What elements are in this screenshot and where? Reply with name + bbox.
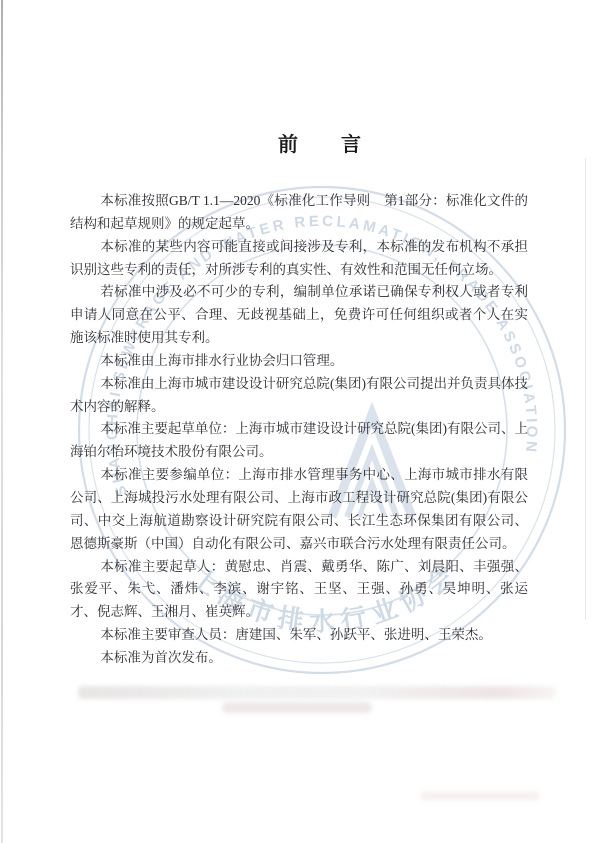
paragraph-administration: 本标准由上海市排水行业协会归口管理。	[70, 350, 528, 373]
paragraph-drafting-basis: 本标准按照GB/T 1.1—2020《标准化工作导则 第1部分：标准化文件的结构…	[70, 190, 528, 236]
scan-edge-line	[1, 0, 3, 843]
paragraph-reviewers: 本标准主要审查人员：唐建国、朱军、孙跃平、张进明、王荣杰。	[70, 624, 528, 647]
paragraph-patent-license: 若标准中涉及必不可少的专利，编制单位承诺已确保专利权人或者专利申请人同意在公平、…	[70, 281, 528, 350]
print-bleedthrough-band	[78, 686, 556, 699]
paragraph-drafters: 本标准主要起草人：黄慰忠、肖震、戴勇华、陈广、刘晨阳、丰强强、张爱平、朱弋、潘炜…	[70, 556, 528, 625]
paragraph-proposer: 本标准由上海市城市建设设计研究总院(集团)有限公司提出并负责具体技术内容的解释。	[70, 373, 528, 419]
paragraph-patent-notice: 本标准的某些内容可能直接或间接涉及专利，本标准的发布机构不承担识别这些专利的责任…	[70, 236, 528, 282]
foreword-content: 前 言 本标准按照GB/T 1.1—2020《标准化工作导则 第1部分：标准化文…	[70, 135, 528, 670]
paragraph-first-release: 本标准为首次发布。	[70, 647, 528, 670]
document-page: SHANGHAI SEWERAGE AND WATER RECLAMATION,…	[0, 0, 597, 843]
print-bleedthrough-smudge	[420, 792, 540, 800]
foreword-paragraphs: 本标准按照GB/T 1.1—2020《标准化工作导则 第1部分：标准化文件的结构…	[70, 190, 528, 670]
print-bleedthrough-band	[222, 702, 372, 713]
paragraph-drafting-units: 本标准主要起草单位：上海市城市建设设计研究总院(集团)有限公司、上海铂尔怡环境技…	[70, 418, 528, 464]
watermark-edge-line	[585, 158, 586, 620]
page-title: 前 言	[91, 135, 549, 156]
paragraph-participating-units: 本标准主要参编单位：上海市排水管理事务中心、上海市城市排水有限公司、上海城投污水…	[70, 464, 528, 555]
